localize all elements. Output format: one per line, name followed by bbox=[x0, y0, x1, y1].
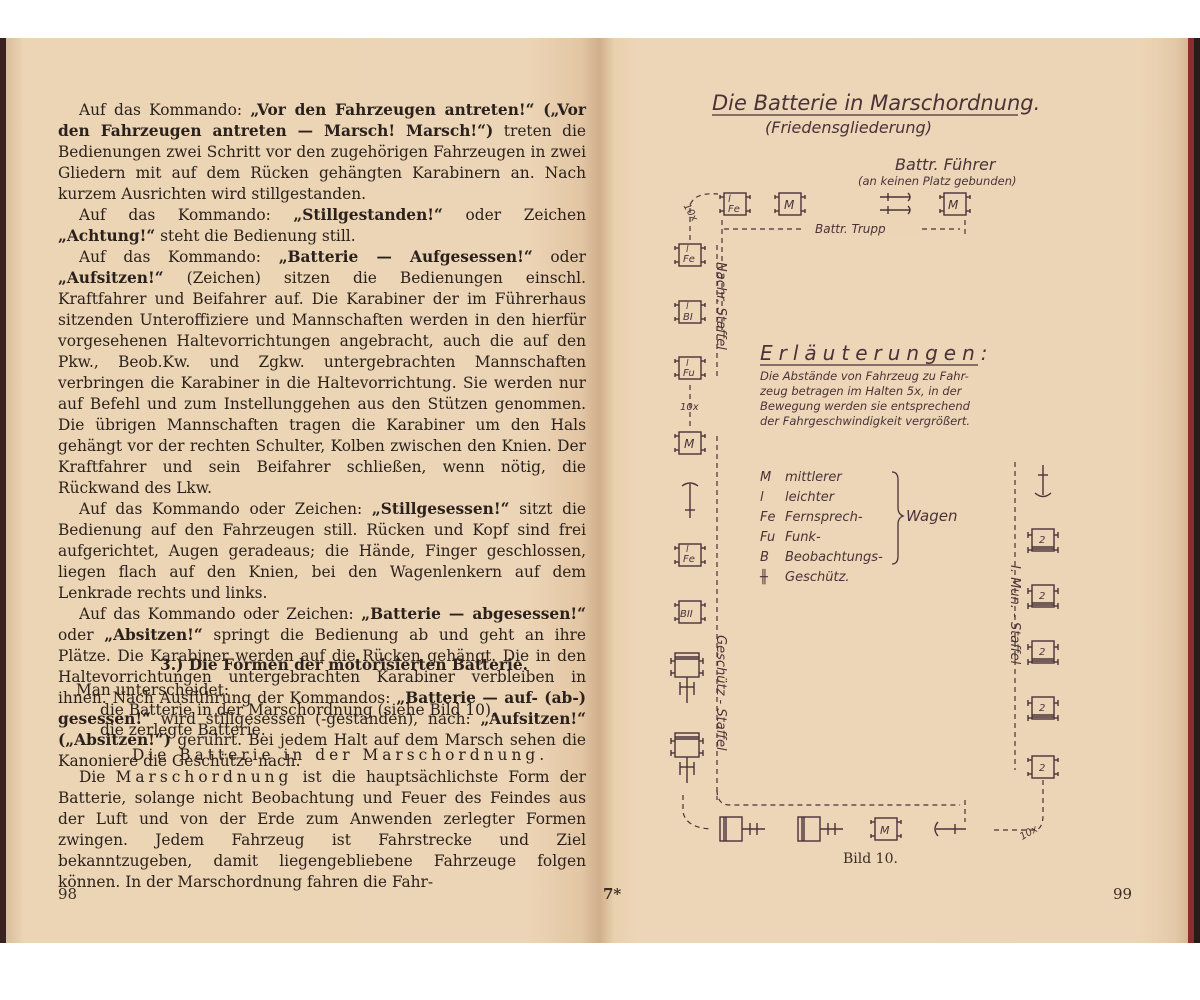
list-item-2: die zerlegte Batterie. bbox=[100, 720, 266, 741]
tractor-with-gun-bottom-1 bbox=[720, 817, 765, 841]
page-number-left: 98 bbox=[58, 885, 77, 903]
mun-vehicle-4: 2 bbox=[1028, 697, 1058, 721]
paragraph: Auf das Kommando: „Batterie — Aufgesesse… bbox=[58, 247, 586, 499]
svg-text:2: 2 bbox=[1039, 591, 1045, 602]
svg-text:l: l bbox=[760, 490, 764, 505]
nachr-staffel-label: Nachr. Staffel bbox=[713, 262, 728, 350]
paragraph: Auf das Kommando oder Zeichen: „Stillges… bbox=[58, 499, 586, 604]
vehicle-icon-l-fu: l Fu bbox=[675, 357, 705, 379]
explanations-heading: Erläuterungen: bbox=[760, 341, 993, 365]
svg-text:M: M bbox=[784, 198, 795, 212]
vehicle-icon-m-top: M bbox=[775, 193, 805, 215]
svg-text:M: M bbox=[948, 198, 959, 212]
battr-fuehrer-label: Battr. Führer bbox=[895, 155, 997, 174]
vehicle-icon-l-fe: l Fe bbox=[675, 244, 705, 266]
svg-text:M: M bbox=[880, 824, 890, 837]
explanation-line: der Fahrgeschwindigkeit vergrößert. bbox=[760, 414, 970, 428]
vehicle-icon-bii: BII bbox=[675, 601, 705, 623]
tractor-with-gun-bottom-2 bbox=[798, 817, 843, 841]
svg-text:10x: 10x bbox=[1018, 824, 1040, 843]
diagram-title: Die Batterie in Marschordnung. bbox=[712, 91, 1040, 115]
svg-text:Fe: Fe bbox=[728, 204, 740, 215]
svg-text:l: l bbox=[686, 302, 689, 312]
vehicle-icon-m-bottom: M bbox=[871, 818, 901, 840]
list-item-1: die Batterie in der Marschordnung (siehe… bbox=[100, 700, 496, 721]
mun-vehicle-5: 2 bbox=[1028, 756, 1058, 778]
legend-brace-label: Wagen bbox=[906, 507, 957, 525]
svg-text:╫: ╫ bbox=[759, 568, 768, 585]
explanation-line: zeug betragen im Halten 5x, in der bbox=[759, 384, 963, 398]
subheading: Die Batterie in der Marschordnung. bbox=[132, 745, 548, 766]
svg-text:Funk-: Funk- bbox=[785, 530, 821, 545]
svg-text:Fu: Fu bbox=[760, 530, 775, 545]
book-edge bbox=[0, 38, 6, 943]
intro-text: Man unterscheidet: bbox=[76, 680, 229, 701]
paragraph: Auf das Kommando: „Stillgestanden!“ oder… bbox=[58, 205, 586, 247]
svg-text:mittlerer: mittlerer bbox=[785, 470, 843, 485]
mun-vehicle-3: 2 bbox=[1028, 641, 1058, 665]
svg-text:Fu: Fu bbox=[683, 368, 695, 379]
vehicle-icon-m-column: M bbox=[675, 432, 705, 454]
svg-text:M: M bbox=[760, 470, 771, 485]
svg-text:Fernsprech-: Fernsprech- bbox=[785, 510, 863, 525]
pkw-icon bbox=[880, 193, 910, 214]
battr-trupp-label: Battr. Trupp bbox=[815, 222, 886, 236]
explanation-line: Die Abstände von Fahrzeug zu Fahr- bbox=[760, 369, 969, 383]
svg-text:2: 2 bbox=[1039, 535, 1045, 546]
vehicle-icon-l-fe-top: l Fe bbox=[720, 193, 750, 215]
paragraph: Auf das Kommando: „Vor den Fahrzeugen an… bbox=[58, 100, 586, 205]
explanation-line: Bewegung werden sie entsprechend bbox=[760, 399, 971, 413]
gun-icon-upright bbox=[682, 483, 698, 518]
tractor-with-gun-1 bbox=[671, 653, 703, 703]
svg-text:Fe: Fe bbox=[683, 254, 695, 265]
vehicle-icon-m-fuehrer: M bbox=[940, 193, 970, 215]
mun-vehicle-1: 2 bbox=[1028, 529, 1058, 553]
svg-text:2: 2 bbox=[1039, 703, 1045, 714]
gun-icon-mun bbox=[1035, 465, 1051, 497]
svg-text:10x: 10x bbox=[681, 202, 700, 224]
last-paragraph: Die Marschordnung ist die hauptsächlichs… bbox=[58, 767, 586, 893]
svg-text:Fe: Fe bbox=[760, 510, 775, 525]
gun-icon-horizontal bbox=[935, 822, 966, 836]
vehicle-icon-l-bi: l BI bbox=[675, 301, 705, 323]
svg-text:Fe: Fe bbox=[683, 554, 695, 565]
svg-text:2: 2 bbox=[1039, 647, 1045, 658]
mun-vehicle-2: 2 bbox=[1028, 585, 1058, 609]
svg-text:M: M bbox=[684, 437, 695, 451]
svg-text:Geschütz.: Geschütz. bbox=[785, 570, 850, 585]
paragraph: Die Marschordnung ist die hauptsächlichs… bbox=[58, 767, 586, 893]
section-heading: 3.) Die Formen der motorisierten Batteri… bbox=[160, 656, 528, 674]
legend: M mittlerer l leichter Fe Fernsprech- Fu… bbox=[759, 470, 957, 585]
diagram-subtitle: (Friedensgliederung) bbox=[765, 118, 932, 137]
svg-text:leichter: leichter bbox=[785, 490, 836, 505]
svg-text:BI: BI bbox=[683, 312, 693, 323]
svg-text:BII: BII bbox=[680, 609, 693, 620]
mun-staffel-label: I. Mun. - Staffel bbox=[1007, 565, 1022, 665]
tractor-with-gun-2 bbox=[671, 733, 703, 783]
geschuetz-staffel-label: Geschütz - Staffel bbox=[713, 635, 728, 751]
vehicle-icon-l-fe-lower: l Fe bbox=[675, 544, 705, 566]
svg-text:10x: 10x bbox=[680, 402, 699, 413]
svg-text:2: 2 bbox=[1039, 763, 1045, 774]
svg-text:B: B bbox=[760, 550, 769, 565]
svg-text:Beobachtungs-: Beobachtungs- bbox=[785, 550, 883, 565]
battr-fuehrer-note: (an keinen Platz gebunden) bbox=[858, 174, 1017, 188]
march-order-diagram: Die Batterie in Marschordnung. (Friedens… bbox=[600, 38, 1188, 943]
